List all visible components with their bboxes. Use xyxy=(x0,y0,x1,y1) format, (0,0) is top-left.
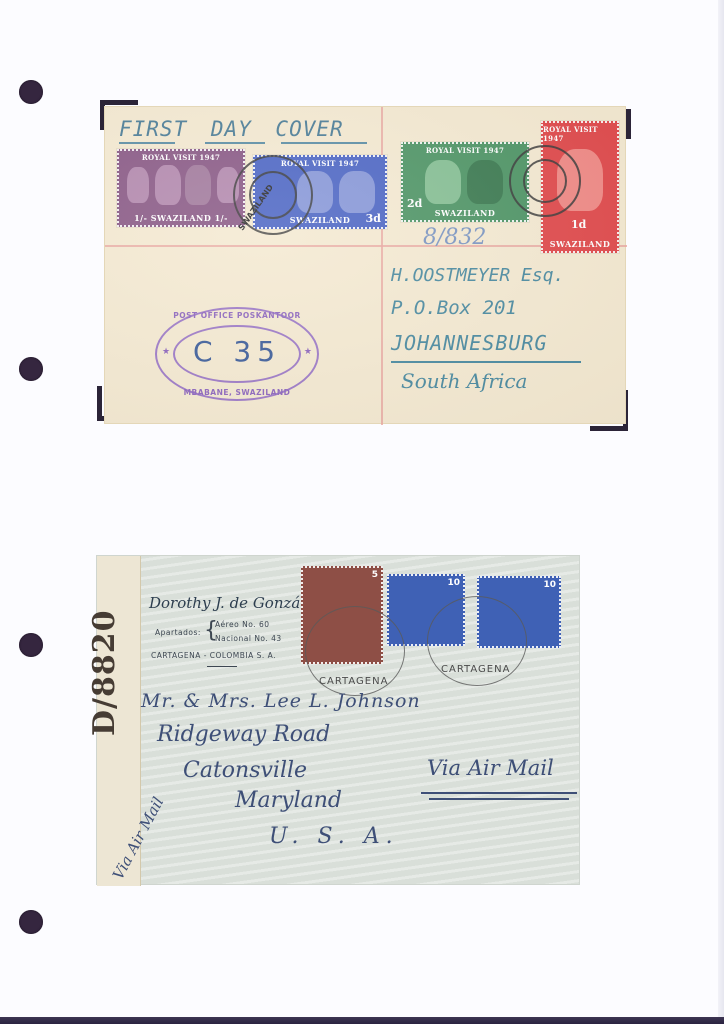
cachet-code: C 35 xyxy=(157,335,317,368)
registration-note: 8/832 xyxy=(423,225,486,250)
airmail-underline xyxy=(421,792,577,794)
stamp-header: ROYAL VISIT 1947 xyxy=(426,144,504,155)
page-bottom-shadow xyxy=(0,1017,724,1024)
mount-corner xyxy=(590,426,628,431)
portrait xyxy=(185,165,211,205)
address-line: Maryland xyxy=(235,788,342,813)
stamp-country: 1/- SWAZILAND 1/- xyxy=(134,213,228,225)
stamp-header: ROYAL VISIT 1947 xyxy=(543,123,617,143)
binder-hole xyxy=(19,80,43,104)
address-line: Catonsville xyxy=(183,758,307,783)
cachet-bottom-text: MBABANE, SWAZILAND xyxy=(157,388,317,397)
cachet-top-text: POST OFFICE POSKANTOOR xyxy=(157,311,317,320)
airmail-note: Via Air Mail xyxy=(427,756,554,780)
binder-hole xyxy=(19,633,43,657)
address-line: Mr. & Mrs. Lee L. Johnson xyxy=(141,690,421,712)
mount-corner xyxy=(100,100,138,105)
postmark-inner xyxy=(523,159,567,203)
portrait xyxy=(425,160,461,204)
sender-apartados: Apartados: xyxy=(155,628,201,637)
stamp-1-shilling[interactable]: ROYAL VISIT 1947 1/- SWAZILAND 1/- xyxy=(117,149,245,227)
address-line: Ridgeway Road xyxy=(157,722,330,747)
stamp-value: 10 xyxy=(447,578,460,588)
address-line: JOHANNESBURG xyxy=(391,331,548,355)
stamp-value: 10 xyxy=(543,580,556,590)
postmark-text: CARTAGENA xyxy=(441,664,510,675)
sender-aereo: Aéreo No. 60 xyxy=(215,620,270,629)
mount-corner xyxy=(97,386,102,420)
title-underline xyxy=(119,142,175,144)
divider xyxy=(207,666,237,667)
first-day-cover[interactable]: FIRST DAY COVER ROYAL VISIT 1947 1/- SWA… xyxy=(104,106,626,424)
stamp-value: 3d xyxy=(366,212,381,225)
censor-label: D/8820 xyxy=(87,610,122,736)
stamp-header: ROYAL VISIT 1947 xyxy=(142,151,220,162)
portrait xyxy=(467,160,503,204)
album-page: FIRST DAY COVER ROYAL VISIT 1947 1/- SWA… xyxy=(0,0,724,1018)
address-line: P.O.Box 201 xyxy=(391,297,517,319)
sender-nacional: Nacional No. 43 xyxy=(215,634,282,643)
airmail-underline xyxy=(429,798,569,800)
binder-hole xyxy=(19,910,43,934)
cover-title: FIRST DAY COVER xyxy=(119,117,344,141)
stamp-value: 1d xyxy=(571,218,586,231)
postmark-text: CARTAGENA xyxy=(319,676,388,687)
stamp-country: SWAZILAND xyxy=(435,208,496,220)
mount-corner xyxy=(626,109,631,139)
binder-hole xyxy=(19,357,43,381)
stamp-value: 2d xyxy=(407,197,422,210)
portrait xyxy=(127,167,149,203)
stamp-country: SWAZILAND xyxy=(550,239,611,251)
title-underline xyxy=(205,142,265,144)
address-underline xyxy=(391,361,581,363)
portrait xyxy=(155,165,181,205)
title-underline xyxy=(281,142,367,144)
address-line: U. S. A. xyxy=(269,824,399,849)
address-line: H.OOSTMEYER Esq. xyxy=(391,265,564,286)
sender-name: Dorothy J. de Gonzál xyxy=(149,594,305,612)
sender-city: CARTAGENA - COLOMBIA S. A. xyxy=(151,651,276,660)
page-edge xyxy=(718,0,724,1018)
registration-cachet: POST OFFICE POSKANTOOR ★ ★ C 35 MBABANE,… xyxy=(155,307,319,401)
stamp-value: 5 xyxy=(372,570,378,580)
censored-airmail-cover[interactable]: D/8820 Dorothy J. de Gonzál Apartados: {… xyxy=(96,555,580,885)
portrait xyxy=(339,171,375,213)
address-line: South Africa xyxy=(401,369,527,393)
